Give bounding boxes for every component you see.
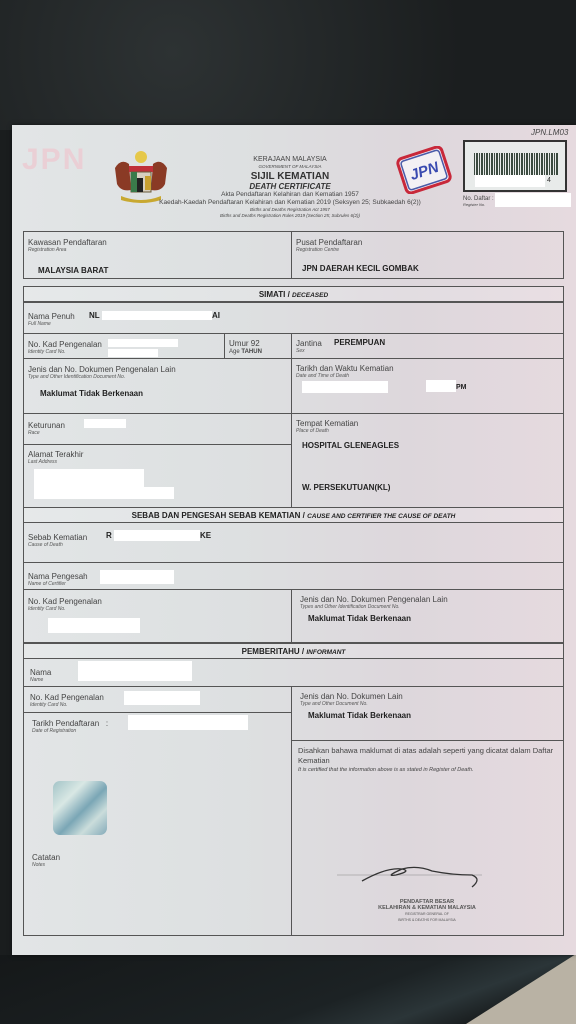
redacted-full-name	[102, 311, 212, 320]
registration-area-value: MALAYSIA BARAT	[38, 266, 108, 275]
government-name: KERAJAAN MALAYSIA	[150, 156, 430, 164]
rules-reference: Kaedah-Kaedah Pendaftaran Kelahiran dan …	[150, 199, 430, 207]
sex-value: PEREMPUAN	[334, 338, 385, 347]
redacted-time-of-death	[426, 380, 456, 392]
race-cell: KeturunanRace	[23, 413, 292, 445]
hologram-seal-icon	[53, 781, 107, 835]
sex-cell: JantinaSex PEREMPUAN	[291, 333, 564, 359]
certifier-ic-cell: No. Kad PengenalanIdentity Card No.	[23, 589, 292, 643]
cause-of-death-cell: Sebab KematianCause of Death R KE	[23, 522, 564, 563]
death-datetime-cell: Tarikh dan Waktu KematianDate and Time o…	[291, 358, 564, 414]
informant-name-cell: NamaName	[23, 658, 564, 687]
background-surface	[0, 0, 576, 130]
redacted-certifier	[100, 570, 174, 584]
rules-reference-en: Births and Deaths Registration Rules 201…	[150, 213, 430, 219]
section-deceased: SIMATI / DECEASED	[23, 286, 564, 302]
signature-icon	[322, 859, 492, 889]
act-reference: Akta Pendaftaran Kelahiran dan Kematian …	[150, 191, 430, 199]
redacted-ic	[108, 339, 178, 347]
certificate-title: SIJIL KEMATIAN	[150, 171, 430, 182]
barcode-digit: 4	[547, 177, 551, 184]
government-name-en: GOVERNMENT OF MALAYSIA	[150, 164, 430, 170]
redacted-informant-ic	[124, 691, 200, 705]
section-cause-of-death: SEBAB DAN PENGESAH SEBAB KEMATIAN / CAUS…	[23, 507, 564, 523]
age-cell: Umur 92 Age TAHUN	[224, 333, 292, 359]
deceased-ic-cell: No. Kad PengenalanIdentity Card No.	[23, 333, 225, 359]
redacted-cause	[114, 530, 200, 541]
section-informant: PEMBERITAHU / INFORMANT	[23, 643, 564, 659]
last-address-cell: Alamat TerakhirLast Address	[23, 444, 292, 508]
redacted-register-no	[495, 193, 571, 207]
certification-cell: Disahkan bahawa maklumat di atas adalah …	[291, 740, 564, 936]
redacted-date-of-death	[302, 381, 388, 393]
registration-centre-value: JPN DAERAH KECIL GOMBAK	[302, 264, 419, 273]
place-of-death-cell: Tempat KematianPlace of Death HOSPITAL G…	[291, 413, 564, 508]
redacted-informant-name	[78, 661, 192, 681]
barcode-box: 4	[463, 140, 567, 192]
informant-ic-cell: No. Kad PengenalanIdentity Card No.	[23, 686, 292, 713]
full-name-cell: Nama PenuhFull Name NL AI	[23, 302, 564, 334]
register-no-label: No. Daftar :Register No.	[463, 196, 494, 208]
jpn-watermark: JPN	[22, 143, 86, 177]
redacted-registration-date	[128, 715, 248, 730]
registration-centre-cell: Pusat PendaftaranRegistration Centre JPN…	[291, 231, 564, 279]
redacted-certifier-ic	[48, 618, 140, 633]
redacted-barcode-number	[475, 175, 545, 187]
certificate-header: KERAJAAN MALAYSIA GOVERNMENT OF MALAYSIA…	[150, 156, 430, 219]
background-corner	[466, 954, 576, 1024]
barcode	[474, 153, 558, 175]
certificate-title-en: DEATH CERTIFICATE	[150, 182, 430, 191]
jpn-logo-icon: JPN	[395, 146, 453, 194]
registration-area-cell: Kawasan PendaftaranRegistration Area MAL…	[23, 231, 292, 279]
redacted-address	[34, 469, 144, 487]
signatory: PENDAFTAR BESAR KELAHIRAN & KEMATIAN MAL…	[352, 899, 502, 923]
certification-text: Disahkan bahawa maklumat di atas adalah …	[298, 746, 560, 774]
informant-other-doc-cell: Jenis dan No. Dokumen LainType and Other…	[291, 686, 564, 741]
other-doc-cell: Jenis dan No. Dokumen Pengenalan LainTyp…	[23, 358, 292, 414]
certifier-other-doc-cell: Jenis dan No. Dokumen Pengenalan LainTyp…	[291, 589, 564, 643]
redacted-race	[84, 419, 126, 428]
certifier-name-cell: Nama PengesahName of Certifier	[23, 562, 564, 590]
form-code: JPN.LM03	[531, 128, 568, 137]
